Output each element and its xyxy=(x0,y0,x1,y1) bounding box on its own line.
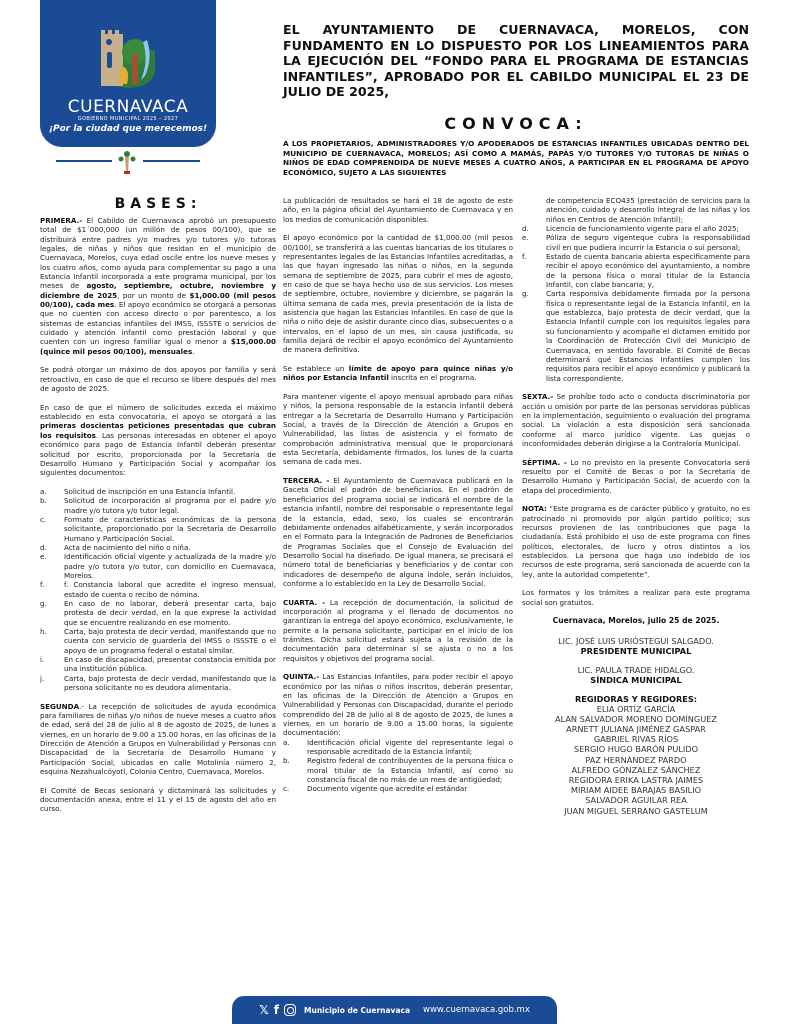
list-item: b.Solicitud de incorporación al programa… xyxy=(40,496,276,515)
regidor-name: SALVADOR AGUILAR REA xyxy=(522,795,750,805)
social-handle: Municipio de Cuernavaca xyxy=(304,1006,410,1015)
invitation-text: A LOS PROPIETARIOS, ADMINISTRADORES Y/O … xyxy=(283,139,749,177)
documents-list: a.Solicitud de inscripción en una Estanc… xyxy=(40,487,276,693)
footer-banner: 𝕏 f Municipio de Cuernavaca www.cuernava… xyxy=(232,996,557,1024)
column-left: PRIMERA.- El Cabildo de Cuernavaca aprob… xyxy=(40,216,276,823)
regidor-name: MIRIAM AIDEE BARAJAS BASILIO xyxy=(522,785,750,795)
formatos-paragraph: Los formatos y los trámites a realizar p… xyxy=(522,588,750,607)
regidor-name: ELIA ORTÍZ GARCÍA xyxy=(522,704,750,714)
quinta-documents-list-continued: d.Licencia de funcionamiento vigente par… xyxy=(522,224,750,383)
logo-city-name: CUERNAVACA xyxy=(40,97,216,117)
comite-paragraph: El Comité de Becas sesionará y dictamina… xyxy=(40,786,276,814)
convoca-title: CONVOCA: xyxy=(283,114,749,133)
divider-line-right xyxy=(143,160,200,162)
regidores-title: REGIDORAS Y REGIDORES: xyxy=(522,694,750,704)
list-item-continuation: de competencia ECO435 (prestación de ser… xyxy=(522,196,750,224)
column-right: de competencia ECO435 (prestación de ser… xyxy=(522,196,750,816)
list-item: e.Identificación oficial vigente y actua… xyxy=(40,552,276,580)
president-role: PRESIDENTE MUNICIPAL xyxy=(522,646,750,656)
quinta-documents-list: a.Identificación oficial vigente del rep… xyxy=(283,738,513,794)
list-item: d.Licencia de funcionamiento vigente par… xyxy=(522,224,750,233)
list-item: c.Documento vigente que acredite el está… xyxy=(283,784,513,793)
list-item: a.Solicitud de inscripción en una Estanc… xyxy=(40,487,276,496)
glyph-ornament-icon xyxy=(117,150,137,176)
list-item: f.f. Constancia laboral que acredite el … xyxy=(40,580,276,599)
regidor-name: GABRIEL RIVAS RÍOS xyxy=(522,734,750,744)
mantener-paragraph: Para mantener vigente el apoyo mensual a… xyxy=(283,392,513,467)
headline: EL AYUNTAMIENTO DE CUERNAVACA, MORELOS, … xyxy=(283,22,749,100)
bases-title: BASES: xyxy=(40,196,276,212)
place-date: Cuernavaca, Morelos, julio 25 de 2025. xyxy=(522,616,750,625)
instagram-icon[interactable] xyxy=(284,1004,296,1016)
logo-subtitle: GOBIERNO MUNICIPAL 2025 – 2027 xyxy=(40,116,216,122)
column-middle: La publicación de resultados se hará el … xyxy=(283,196,513,803)
x-twitter-icon[interactable]: 𝕏 xyxy=(259,1004,269,1016)
regidor-name: JUAN MIGUEL SERRANO GASTELUM xyxy=(522,806,750,816)
list-item: e.Póliza de seguro vigenteque cubra la r… xyxy=(522,233,750,252)
list-item: a.Identificación oficial vigente del rep… xyxy=(283,738,513,757)
sindica-name: LIC. PAULA TRADE HIDALGO. xyxy=(522,665,750,675)
limite-paragraph: Se establece un límite de apoyo para qui… xyxy=(283,364,513,383)
regidor-name: ALAN SALVADOR MORENO DOMÍNGUEZ xyxy=(522,714,750,724)
max-apoyos-paragraph: Se podrá otorgar un máximo de dos apoyos… xyxy=(40,365,276,393)
quinta-paragraph: QUINTA.- Las Estancias Infantiles, para … xyxy=(283,672,513,737)
septima-paragraph: SÉPTIMA. - Lo no previsto en la presente… xyxy=(522,458,750,495)
apoyo-paragraph: El apoyo económico por la cantidad de $1… xyxy=(283,233,513,354)
website-link[interactable]: www.cuernavaca.gob.mx xyxy=(423,1005,530,1015)
cuarta-paragraph: CUARTA. - La recepción de documentación,… xyxy=(283,598,513,663)
list-item: d.Acta de nacimiento del niño o niña. xyxy=(40,543,276,552)
exceda-paragraph: En caso de que el número de solicitudes … xyxy=(40,403,276,478)
sexta-paragraph: SEXTA.- Se prohíbe todo acto o conducta … xyxy=(522,392,750,448)
publicacion-paragraph: La publicación de resultados se hará el … xyxy=(283,196,513,224)
list-item: g.En caso de no laborar, deberá presenta… xyxy=(40,599,276,627)
municipal-logo: CUERNAVACA GOBIERNO MUNICIPAL 2025 – 202… xyxy=(40,0,216,147)
tercera-paragraph: TERCERA. - El Ayuntamiento de Cuernavaca… xyxy=(283,476,513,588)
president-name: LIC. JOSÉ LUIS URIÓSTEGUI SALGADO. xyxy=(522,636,750,646)
regidor-name: REGIDORA ERIKA LASTRA JAIMES xyxy=(522,775,750,785)
regidor-name: SERGIO HUGO BARÓN PULIDO xyxy=(522,744,750,754)
divider-line-left xyxy=(56,160,112,162)
regidor-name: PAZ HERNÁNDEZ PARDO xyxy=(522,755,750,765)
segunda-paragraph: SEGUNDA.- La recepción de solicitudes de… xyxy=(40,702,276,777)
sindica-role: SÍNDICA MUNICIPAL xyxy=(522,675,750,685)
primera-paragraph: PRIMERA.- El Cabildo de Cuernavaca aprob… xyxy=(40,216,276,356)
list-item: h.Carta, bajo protesta de decir verdad, … xyxy=(40,627,276,655)
logo-slogan: ¡Por la ciudad que merecemos! xyxy=(40,124,216,134)
list-item: j.Carta, bajo protesta de decir verdad, … xyxy=(40,674,276,693)
regidor-name: ARNETT JULIANA JIMÉNEZ GASPAR xyxy=(522,724,750,734)
list-item: f.Estado de cuenta bancaria abierta espe… xyxy=(522,252,750,289)
coat-of-arms-icon xyxy=(97,30,159,90)
signatures-block: Cuernavaca, Morelos, julio 25 de 2025. L… xyxy=(522,616,750,816)
nota-paragraph: NOTA: “Este programa es de carácter públ… xyxy=(522,504,750,579)
list-item: g.Carta responsiva debidamente firmada p… xyxy=(522,289,750,382)
regidor-name: ALFREDO GÓNZALEZ SÁNCHEZ xyxy=(522,765,750,775)
list-item: b.Registro federal de contribuyentes de … xyxy=(283,756,513,784)
facebook-icon[interactable]: f xyxy=(274,1004,279,1016)
list-item: c.Formato de características económicas … xyxy=(40,515,276,543)
list-item: i.En caso de discapacidad, presentar con… xyxy=(40,655,276,674)
